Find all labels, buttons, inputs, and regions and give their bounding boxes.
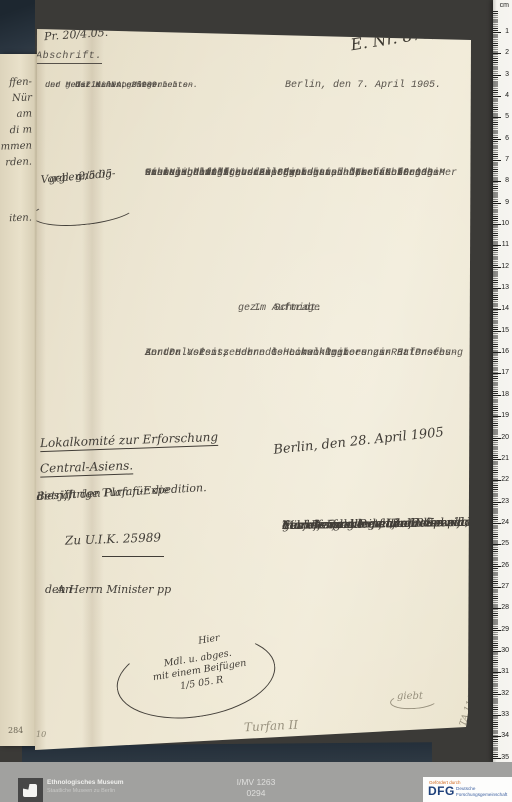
ruler-cm-tick <box>493 480 501 481</box>
text-fragment: mmen <box>0 138 34 155</box>
ruler-cm-tick <box>493 139 501 140</box>
reply-line: geh. Bemerken, daß ein Spezifi, <box>282 509 469 539</box>
ruler-cm-tick <box>493 587 501 588</box>
reply-dateline: Berlin, den 28. April 1905 <box>273 425 445 458</box>
ruler-number: 10 <box>501 220 509 228</box>
dfg-abbreviation: DFG <box>428 784 455 798</box>
ruler-cm-tick <box>493 75 501 76</box>
ruler-number: 27 <box>501 583 509 591</box>
ruler-number: 25 <box>501 540 509 548</box>
ruler-number: 21 <box>501 455 509 463</box>
text-fragment: rden. <box>0 154 34 171</box>
ruler-number: 35 <box>501 754 509 762</box>
ruler-number: 28 <box>501 604 509 612</box>
ruler-number: 19 <box>501 412 509 420</box>
ruler-number: 17 <box>501 369 509 377</box>
ruler-cm-tick <box>493 267 501 268</box>
text-fragment: Nür <box>0 90 34 107</box>
addressee-line: den Herrn Minister pp <box>45 575 171 604</box>
ruler-number: 7 <box>505 156 509 164</box>
ruler-cm-tick <box>493 736 501 737</box>
reference-underline <box>102 556 164 557</box>
text-fragment: di m <box>0 122 34 139</box>
previous-page-text-fragments: ffen-Nüramdi mmmenrden.iten. <box>0 75 34 227</box>
ruler-cm-tick <box>493 245 501 246</box>
ruler-number: 16 <box>501 348 509 356</box>
ruler-number: 33 <box>501 711 509 719</box>
address-line: sor Dr. P i s c h e l Hochwohlgeboren in… <box>145 345 451 363</box>
ruler-number: 15 <box>501 327 509 335</box>
ruler-number: 3 <box>505 71 509 79</box>
ruler-number: 12 <box>501 263 509 271</box>
text-fragment: am <box>0 106 34 123</box>
annotation-heading-line: Central-Asiens. <box>40 458 134 477</box>
ruler-cm-tick <box>493 309 501 310</box>
ruler-number: 32 <box>501 690 509 698</box>
margin-note-line: 2/5 05 <box>78 164 113 187</box>
ruler-cm-tick <box>493 523 501 524</box>
annotation-reference: Zu U.I.K. 25989 <box>65 530 161 547</box>
footer-bar: Ethnologisches Museum Staatliche Museen … <box>0 762 512 802</box>
ruler-cm-tick <box>493 181 501 182</box>
ruler-unit-label: cm <box>500 2 509 9</box>
ruler-number: 11 <box>502 241 509 249</box>
margin-note-line: geben <box>48 166 82 189</box>
ruler-cm-tick <box>493 53 501 54</box>
dfg-logo: Gefördert durch DFG DeutscheForschungsge… <box>423 777 512 802</box>
ruler-cm-tick <box>493 608 501 609</box>
ruler-cm-tick <box>493 373 501 374</box>
ruler-number: 14 <box>501 305 509 313</box>
dfg-full-name: DeutscheForschungsgemeinschaft <box>456 786 507 797</box>
ruler-number: 9 <box>505 199 509 207</box>
ruler-number: 2 <box>505 49 509 57</box>
ruler-number: 22 <box>501 476 509 484</box>
ruler-number: 23 <box>501 498 509 506</box>
pencil-label-turfan: Turfan II <box>244 718 299 735</box>
ruler-number: 20 <box>501 434 509 442</box>
signoff-line: gez. Schmidt. <box>238 300 322 319</box>
ruler-number: 6 <box>505 135 509 143</box>
dfg-name-line: Forschungsgemeinschaft <box>456 792 507 798</box>
ruler-cm-tick <box>493 758 501 759</box>
pencil-shelfmark-vertical: TA 1116 <box>458 688 479 727</box>
margin-note-flourish <box>31 192 137 231</box>
ruler-number: 26 <box>501 562 509 570</box>
ruler-number: 34 <box>501 732 509 740</box>
text-fragment: iten. <box>0 210 34 227</box>
annotation-heading-line: Lokalkomité zur Erforschung <box>40 430 219 452</box>
page-number-284: 284 <box>8 726 23 735</box>
ruler-cm-tick <box>493 715 501 716</box>
ruler-cm-tick <box>493 672 501 673</box>
ruler-number: 18 <box>501 391 509 399</box>
text-fragment: ffen- <box>0 74 34 91</box>
ruler-number: 13 <box>501 284 509 292</box>
registry-note: Pr. 20/4.05. <box>44 26 109 43</box>
page-number-10: 10 <box>36 730 46 739</box>
ruler-cm-tick <box>493 566 501 567</box>
ruler-number: 5 <box>505 113 509 121</box>
ruler-cm-tick <box>493 459 501 460</box>
ruler-cm-tick <box>493 160 501 161</box>
document-page: Pr. 20/4.05. Abschrift. E. Nr. 879/1905.… <box>30 25 476 755</box>
ruler-number: 4 <box>505 92 509 100</box>
ruler-cm-tick <box>493 438 501 439</box>
ruler: cm 1234567891011121314151617181920212223… <box>493 0 512 762</box>
ruler-number: 8 <box>505 177 509 185</box>
ruler-cm-tick <box>493 32 501 33</box>
ruler-number: 24 <box>501 519 509 527</box>
dateline: Berlin, den 7. April 1905. <box>285 80 441 91</box>
ruler-cm-tick <box>493 416 501 417</box>
ruler-number: 1 <box>505 28 509 36</box>
ruler-number: 31 <box>501 668 509 676</box>
ruler-cm-tick <box>493 651 501 652</box>
abschrift-heading: Abschrift. <box>36 51 102 64</box>
ruler-cm-tick <box>493 117 501 118</box>
ruler-cm-tick <box>493 694 501 695</box>
sender-line: U.I.K. Nr. 25989. <box>75 77 162 95</box>
ruler-cm-tick <box>493 352 501 353</box>
ruler-cm-tick <box>493 203 501 204</box>
ruler-cm-tick <box>493 96 501 97</box>
body-line: schlag baldigst vorzulegen. <box>145 164 307 183</box>
ruler-cm-tick <box>493 544 501 545</box>
ruler-mm-ticks <box>493 11 498 759</box>
ruler-cm-tick <box>493 331 501 332</box>
ruler-cm-tick <box>493 288 501 289</box>
ruler-cm-tick <box>493 395 501 396</box>
previous-page-edge: ffen-Nüramdi mmmenrden.iten. 284 <box>0 54 37 746</box>
ruler-cm-tick <box>493 502 501 503</box>
ruler-number: 30 <box>501 647 509 655</box>
ruler-cm-tick <box>493 224 501 225</box>
ruler-number: 29 <box>501 626 509 634</box>
file-number-handwritten: E. Nr. 879/1905. <box>349 15 484 55</box>
ruler-cm-tick <box>493 630 501 631</box>
